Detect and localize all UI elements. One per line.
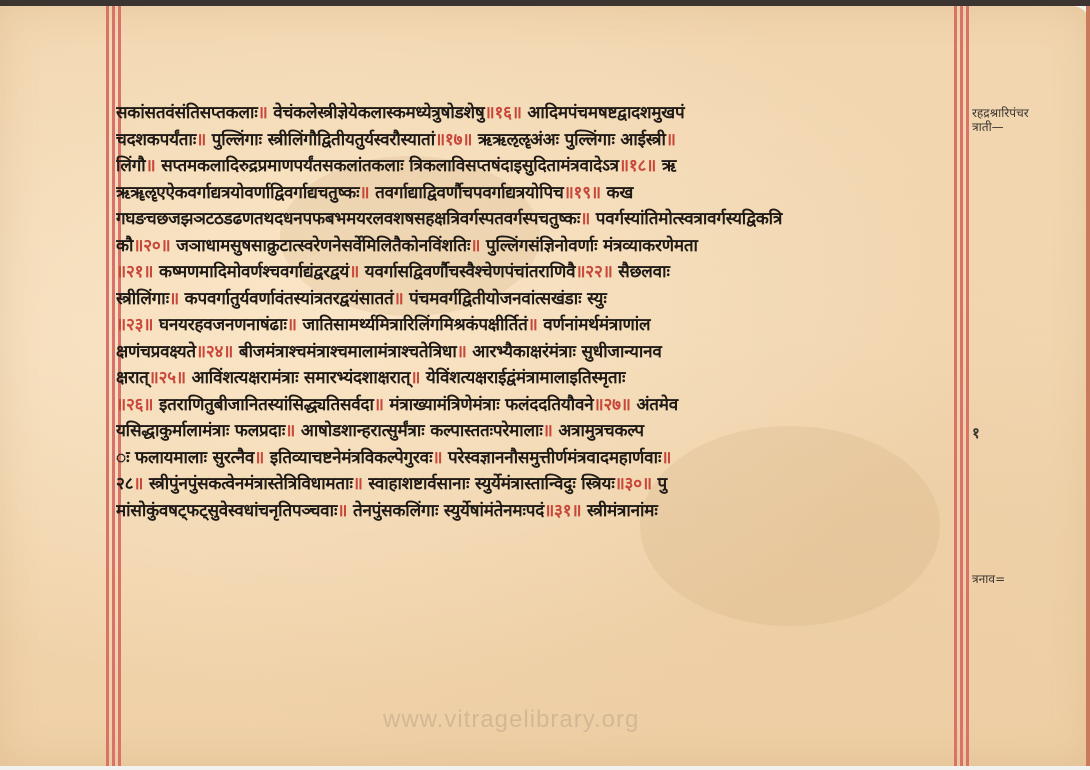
text-line: स्त्रीलिंगाः॥ कपवर्गातुर्यवर्णावंतस्यांत… xyxy=(116,286,964,313)
text-line: चदशकपर्यंताः॥ पुल्लिंगाः स्त्रीलिंगौद्वि… xyxy=(116,127,964,154)
text-line: ॥२६॥ इतराणितुबीजानितस्यांसिद्ध्यतिसर्वदा… xyxy=(116,392,964,419)
text-line: क्षरात्॥२५॥ आविंशत्यक्षरामंत्राः समारभ्य… xyxy=(116,365,964,392)
text-line: सकांसतवंसंतिसप्तकलाः॥ वेचंकलेस्त्रीज्ञेय… xyxy=(116,100,964,127)
text-line: ॥२१॥ कष्मणमादिमोवर्णश्चवर्गाद्यंद्वरद्वय… xyxy=(116,259,964,286)
text-line: ऋॠॡएऐकवर्गाद्यत्रयोवर्णाद्विवर्गाद्यचतुष… xyxy=(116,180,964,207)
margin-note-middle-right: १ xyxy=(972,426,980,440)
margin-note-lower-right: त्रनाव= xyxy=(972,572,1005,586)
text-line: ॥२३॥ घनयरहवजनणनाषंढाः॥ जातिसामर्थ्यमित्र… xyxy=(116,312,964,339)
margin-note-line: त्राती— xyxy=(972,120,1029,134)
margin-note-line: रहद्रश्रारिपंचर xyxy=(972,106,1029,120)
left-margin-rule xyxy=(106,6,109,766)
text-line: क्षणंचप्रवक्ष्यते॥२४॥ बीजमंत्राश्चमंत्रा… xyxy=(116,339,964,366)
text-line: यसिद्धाकुर्मालामंत्राः फलप्रदाः॥ आषोडशान… xyxy=(116,418,964,445)
watermark: www.vitragelibrary.org xyxy=(383,706,639,734)
text-line: गघङचछजझञटठडढणतथदधनपफबभमयरलवशषसहक्षत्रिवर… xyxy=(116,206,964,233)
text-line: कौ॥२०॥ जञाधामसुषसाक्रुटात्स्वरेणनेसर्वेम… xyxy=(116,233,964,260)
page-right-edge xyxy=(1086,6,1090,766)
left-margin-rule xyxy=(112,6,115,766)
right-margin-rule xyxy=(966,6,969,766)
main-text-block: सकांसतवंसंतिसप्तकलाः॥ वेचंकलेस्त्रीज्ञेय… xyxy=(116,100,964,524)
margin-note-top-right: रहद्रश्रारिपंचर त्राती— xyxy=(972,106,1029,134)
manuscript-folio: सकांसतवंसंतिसप्तकलाः॥ वेचंकलेस्त्रीज्ञेय… xyxy=(0,6,1090,766)
text-line: मांसोकुंवषट्फट्सुवेस्वधांचनृतिपञ्चवाः॥ त… xyxy=(116,498,964,525)
text-line: ः फलायमालाः सुरत्नैव॥ इतिव्याचष्टनेमंत्र… xyxy=(116,445,964,472)
text-line: २८॥ स्त्रीपुंनपुंसकत्वेनमंत्रास्तेत्रिवि… xyxy=(116,471,964,498)
text-line: लिंगौ॥ सप्तमकलादिरुद्रप्रमाणपर्यंतसकलांत… xyxy=(116,153,964,180)
